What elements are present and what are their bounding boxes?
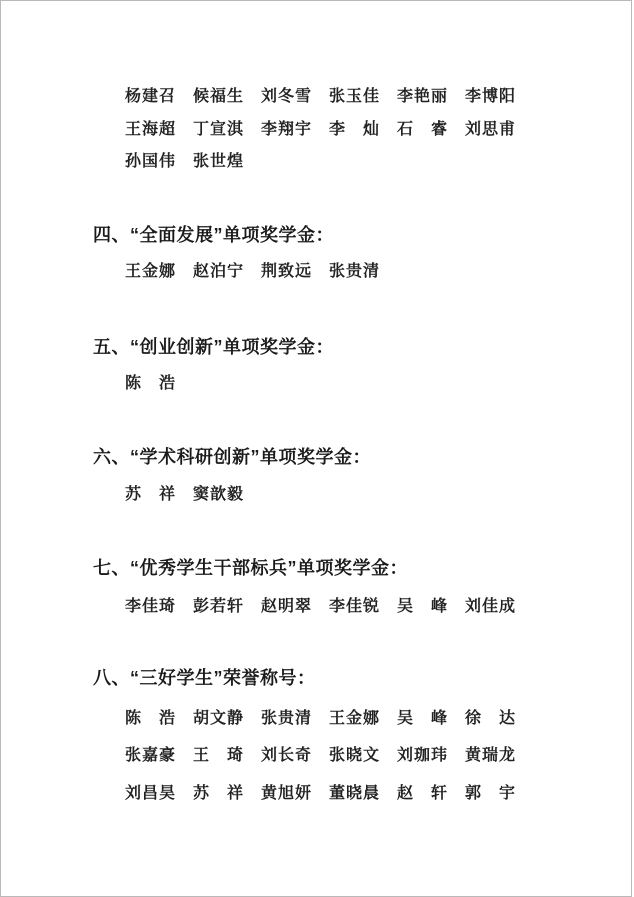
names-row: 李佳琦 彭若轩 赵明翠 李佳锐 吴 峰 刘佳成	[125, 599, 591, 615]
section-merit-student-honor: 八、“三好学生”荣誉称号： 陈 浩 胡文静 张贵清 王金娜 吴 峰 徐 达 张嘉…	[93, 669, 591, 802]
names-row: 杨建召 候福生 刘冬雪 张玉佳 李艳丽 李博阳	[125, 89, 591, 105]
names-row: 张嘉豪 王 琦 刘长奇 张晓文 刘珈玮 黄瑞龙	[125, 748, 591, 764]
section-entrepreneurship-innovation: 五、“创业创新”单项奖学金： 陈 浩	[93, 338, 591, 392]
section-heading: 四、“全面发展”单项奖学金：	[93, 226, 591, 244]
section-heading: 五、“创业创新”单项奖学金：	[93, 338, 591, 356]
names-row: 孙国伟 张世煌	[125, 154, 591, 170]
section-heading: 八、“三好学生”荣誉称号：	[93, 669, 591, 687]
names-row: 王金娜 赵泊宁 荆致远 张贵清	[125, 264, 591, 280]
names-row: 苏 祥 窦歆毅	[125, 487, 591, 503]
names-row: 王海超 丁宣淇 李翔宇 李 灿 石 睿 刘思甫	[125, 122, 591, 138]
names-row: 陈 浩 胡文静 张贵清 王金娜 吴 峰 徐 达	[125, 711, 591, 727]
section-heading: 六、“学术科研创新”单项奖学金：	[93, 448, 591, 466]
document-content: 杨建召 候福生 刘冬雪 张玉佳 李艳丽 李博阳 王海超 丁宣淇 李翔宇 李 灿 …	[1, 1, 631, 802]
section-academic-research-innovation: 六、“学术科研创新”单项奖学金： 苏 祥 窦歆毅	[93, 448, 591, 503]
intro-names-block: 杨建召 候福生 刘冬雪 张玉佳 李艳丽 李博阳 王海超 丁宣淇 李翔宇 李 灿 …	[93, 89, 591, 170]
names-row: 刘昌昊 苏 祥 黄旭妍 董晓晨 赵 轩 郭 宇	[125, 786, 591, 802]
section-heading: 七、“优秀学生干部标兵”单项奖学金：	[93, 559, 591, 577]
document-page: 杨建召 候福生 刘冬雪 张玉佳 李艳丽 李博阳 王海超 丁宣淇 李翔宇 李 灿 …	[0, 0, 632, 897]
section-comprehensive-development: 四、“全面发展”单项奖学金： 王金娜 赵泊宁 荆致远 张贵清	[93, 226, 591, 280]
section-outstanding-student-cadre: 七、“优秀学生干部标兵”单项奖学金： 李佳琦 彭若轩 赵明翠 李佳锐 吴 峰 刘…	[93, 559, 591, 615]
names-row: 陈 浩	[125, 376, 591, 392]
